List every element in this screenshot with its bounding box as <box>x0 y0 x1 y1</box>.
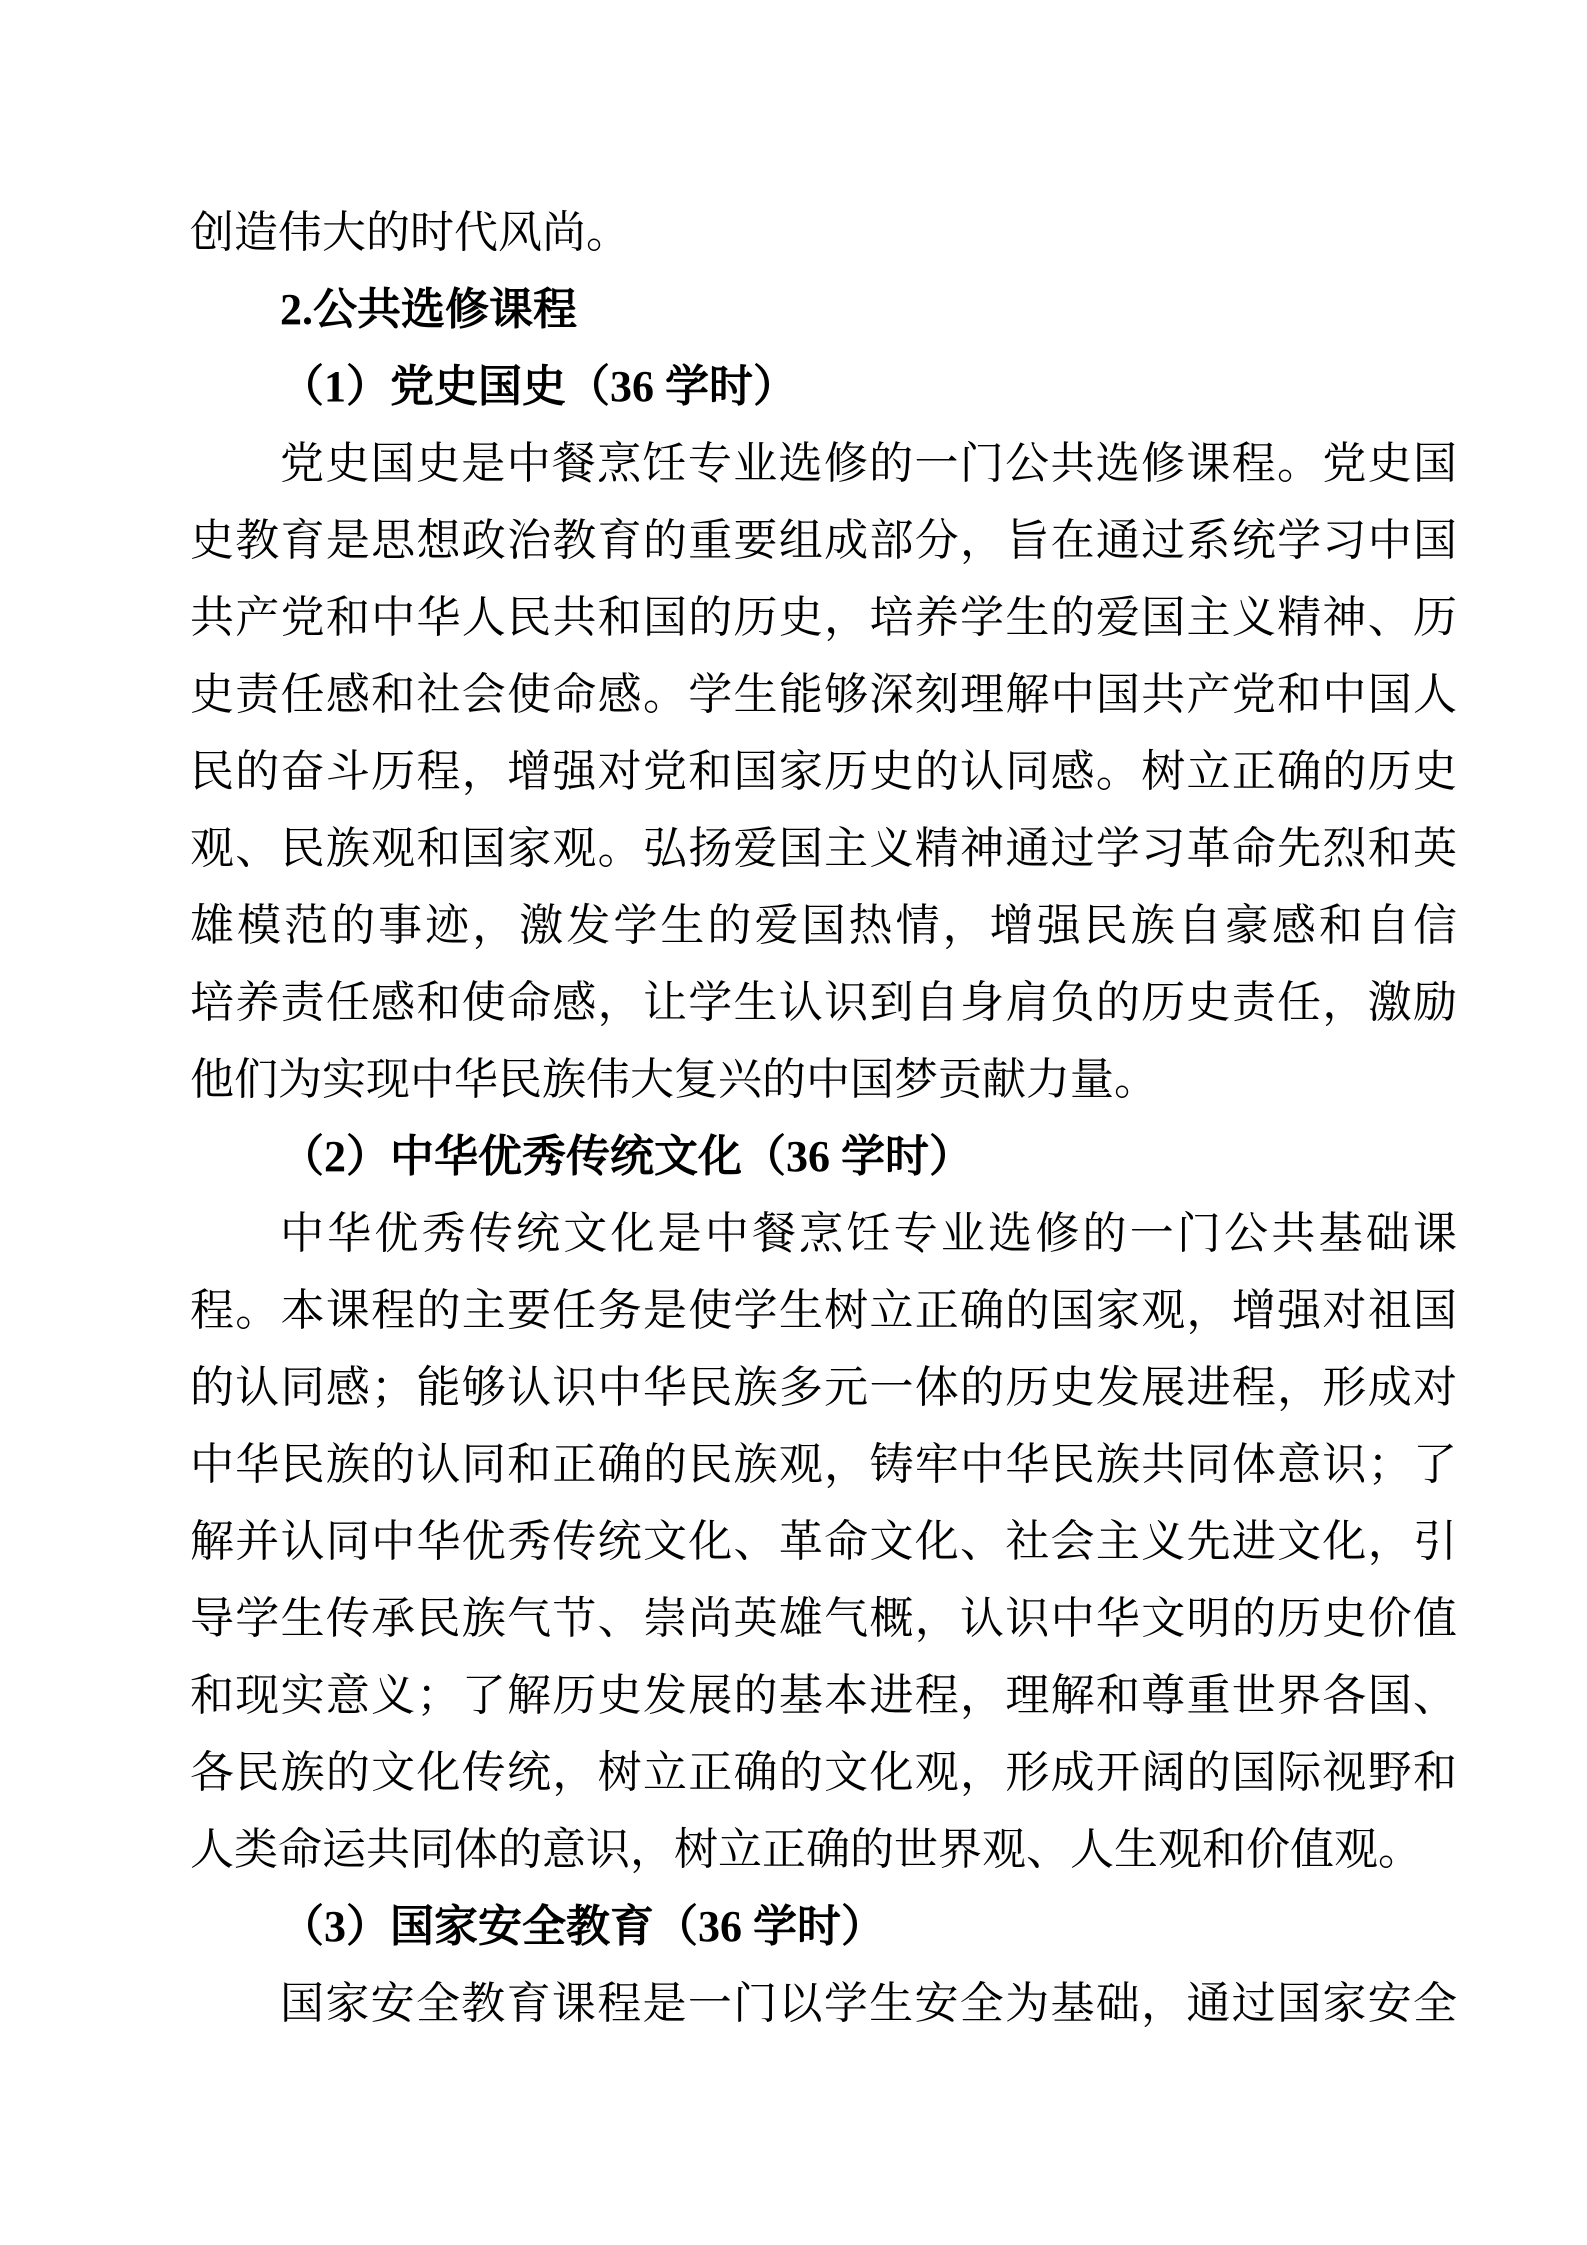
body-text-line: 雄模范的事迹，激发学生的爱国热情，增强民族自豪感和自信心。 <box>190 887 1457 964</box>
body-text-line: 史教育是思想政治教育的重要组成部分，旨在通过系统学习中国 <box>190 502 1457 579</box>
body-text-line: 史责任感和社会使命感。学生能够深刻理解中国共产党和中国人 <box>190 656 1457 733</box>
body-text-line: 观、民族观和国家观。弘扬爱国主义精神通过学习革命先烈和英 <box>190 810 1457 887</box>
body-text-line: 民的奋斗历程，增强对党和国家历史的认同感。树立正确的历史 <box>190 733 1457 810</box>
body-text-line: 程。本课程的主要任务是使学生树立正确的国家观，增强对祖国 <box>190 1272 1457 1349</box>
body-text-line: 国家安全教育课程是一门以学生安全为基础，通过国家安全 <box>190 1965 1457 2042</box>
heading-line: 2.公共选修课程 <box>190 271 1457 348</box>
body-text-line: 创造伟大的时代风尚。 <box>190 194 1457 271</box>
text-block: 创造伟大的时代风尚。2.公共选修课程（1）党史国史（36 学时）党史国史是中餐烹… <box>190 194 1457 2042</box>
heading-line: （3）国家安全教育（36 学时） <box>190 1888 1457 1965</box>
heading-line: （2）中华优秀传统文化（36 学时） <box>190 1118 1457 1195</box>
body-text-line: 中华民族的认同和正确的民族观，铸牢中华民族共同体意识；了 <box>190 1426 1457 1503</box>
body-text-line: 和现实意义；了解历史发展的基本进程，理解和尊重世界各国、 <box>190 1657 1457 1734</box>
body-text-line: 各民族的文化传统，树立正确的文化观，形成开阔的国际视野和 <box>190 1734 1457 1811</box>
heading-line: （1）党史国史（36 学时） <box>190 348 1457 425</box>
body-text-line: 中华优秀传统文化是中餐烹饪专业选修的一门公共基础课 <box>190 1195 1457 1272</box>
body-text-line: 党史国史是中餐烹饪专业选修的一门公共选修课程。党史国 <box>190 425 1457 502</box>
body-text-line: 他们为实现中华民族伟大复兴的中国梦贡献力量。 <box>190 1041 1457 1118</box>
body-text-line: 共产党和中华人民共和国的历史，培养学生的爱国主义精神、历 <box>190 579 1457 656</box>
body-text-line: 解并认同中华优秀传统文化、革命文化、社会主义先进文化，引 <box>190 1503 1457 1580</box>
body-text-line: 导学生传承民族气节、崇尚英雄气概，认识中华文明的历史价值 <box>190 1580 1457 1657</box>
body-text-line: 人类命运共同体的意识，树立正确的世界观、人生观和价值观。 <box>190 1811 1457 1888</box>
body-text-line: 的认同感；能够认识中华民族多元一体的历史发展进程，形成对 <box>190 1349 1457 1426</box>
body-text-line: 培养责任感和使命感，让学生认识到自身肩负的历史责任，激励 <box>190 964 1457 1041</box>
document-page: 创造伟大的时代风尚。2.公共选修课程（1）党史国史（36 学时）党史国史是中餐烹… <box>0 0 1587 2245</box>
